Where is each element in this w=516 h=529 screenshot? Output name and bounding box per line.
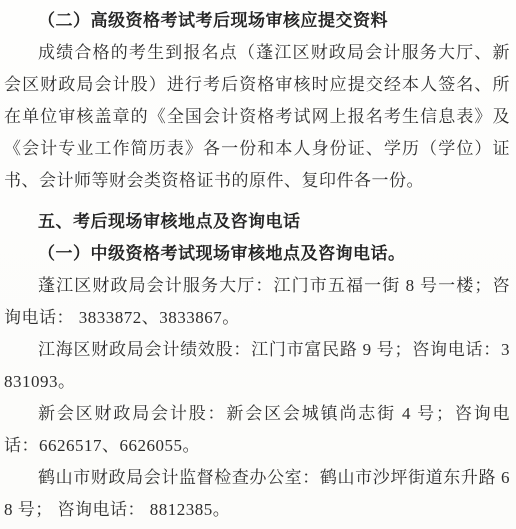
para-advanced-materials-detail: 成绩合格的考生到报名点（蓬江区财政局会计服务大厅、新会区财政局会计股）进行考后资…: [4, 37, 510, 197]
heading-section-5-review-locations: 五、考后现场审核地点及咨询电话: [4, 206, 510, 238]
para-pengjiang-location: 蓬江区财政局会计服务大厅：江门市五福一街 8 号一楼；咨询电话： 3833872…: [4, 270, 510, 334]
para-heshan-location: 鹤山市财政局会计监督检查办公室：鹤山市沙坪街道东升路 68 号； 咨询电话： 8…: [4, 462, 510, 526]
para-xinhui-location: 新会区财政局会计股：新会区会城镇尚志街 4 号；咨询电话：6626517、662…: [4, 398, 510, 462]
heading-advanced-post-exam-materials: （二）高级资格考试考后现场审核应提交资料: [4, 5, 510, 37]
document-page: （二）高级资格考试考后现场审核应提交资料成绩合格的考生到报名点（蓬江区财政局会计…: [0, 0, 516, 529]
document-content: （二）高级资格考试考后现场审核应提交资料成绩合格的考生到报名点（蓬江区财政局会计…: [4, 5, 510, 526]
heading-intermediate-review-locations: （一）中级资格考试现场审核地点及咨询电话。: [4, 238, 510, 270]
para-jianghai-location: 江海区财政局会计绩效股：江门市富民路 9 号；咨询电话：3831093。: [4, 334, 510, 398]
